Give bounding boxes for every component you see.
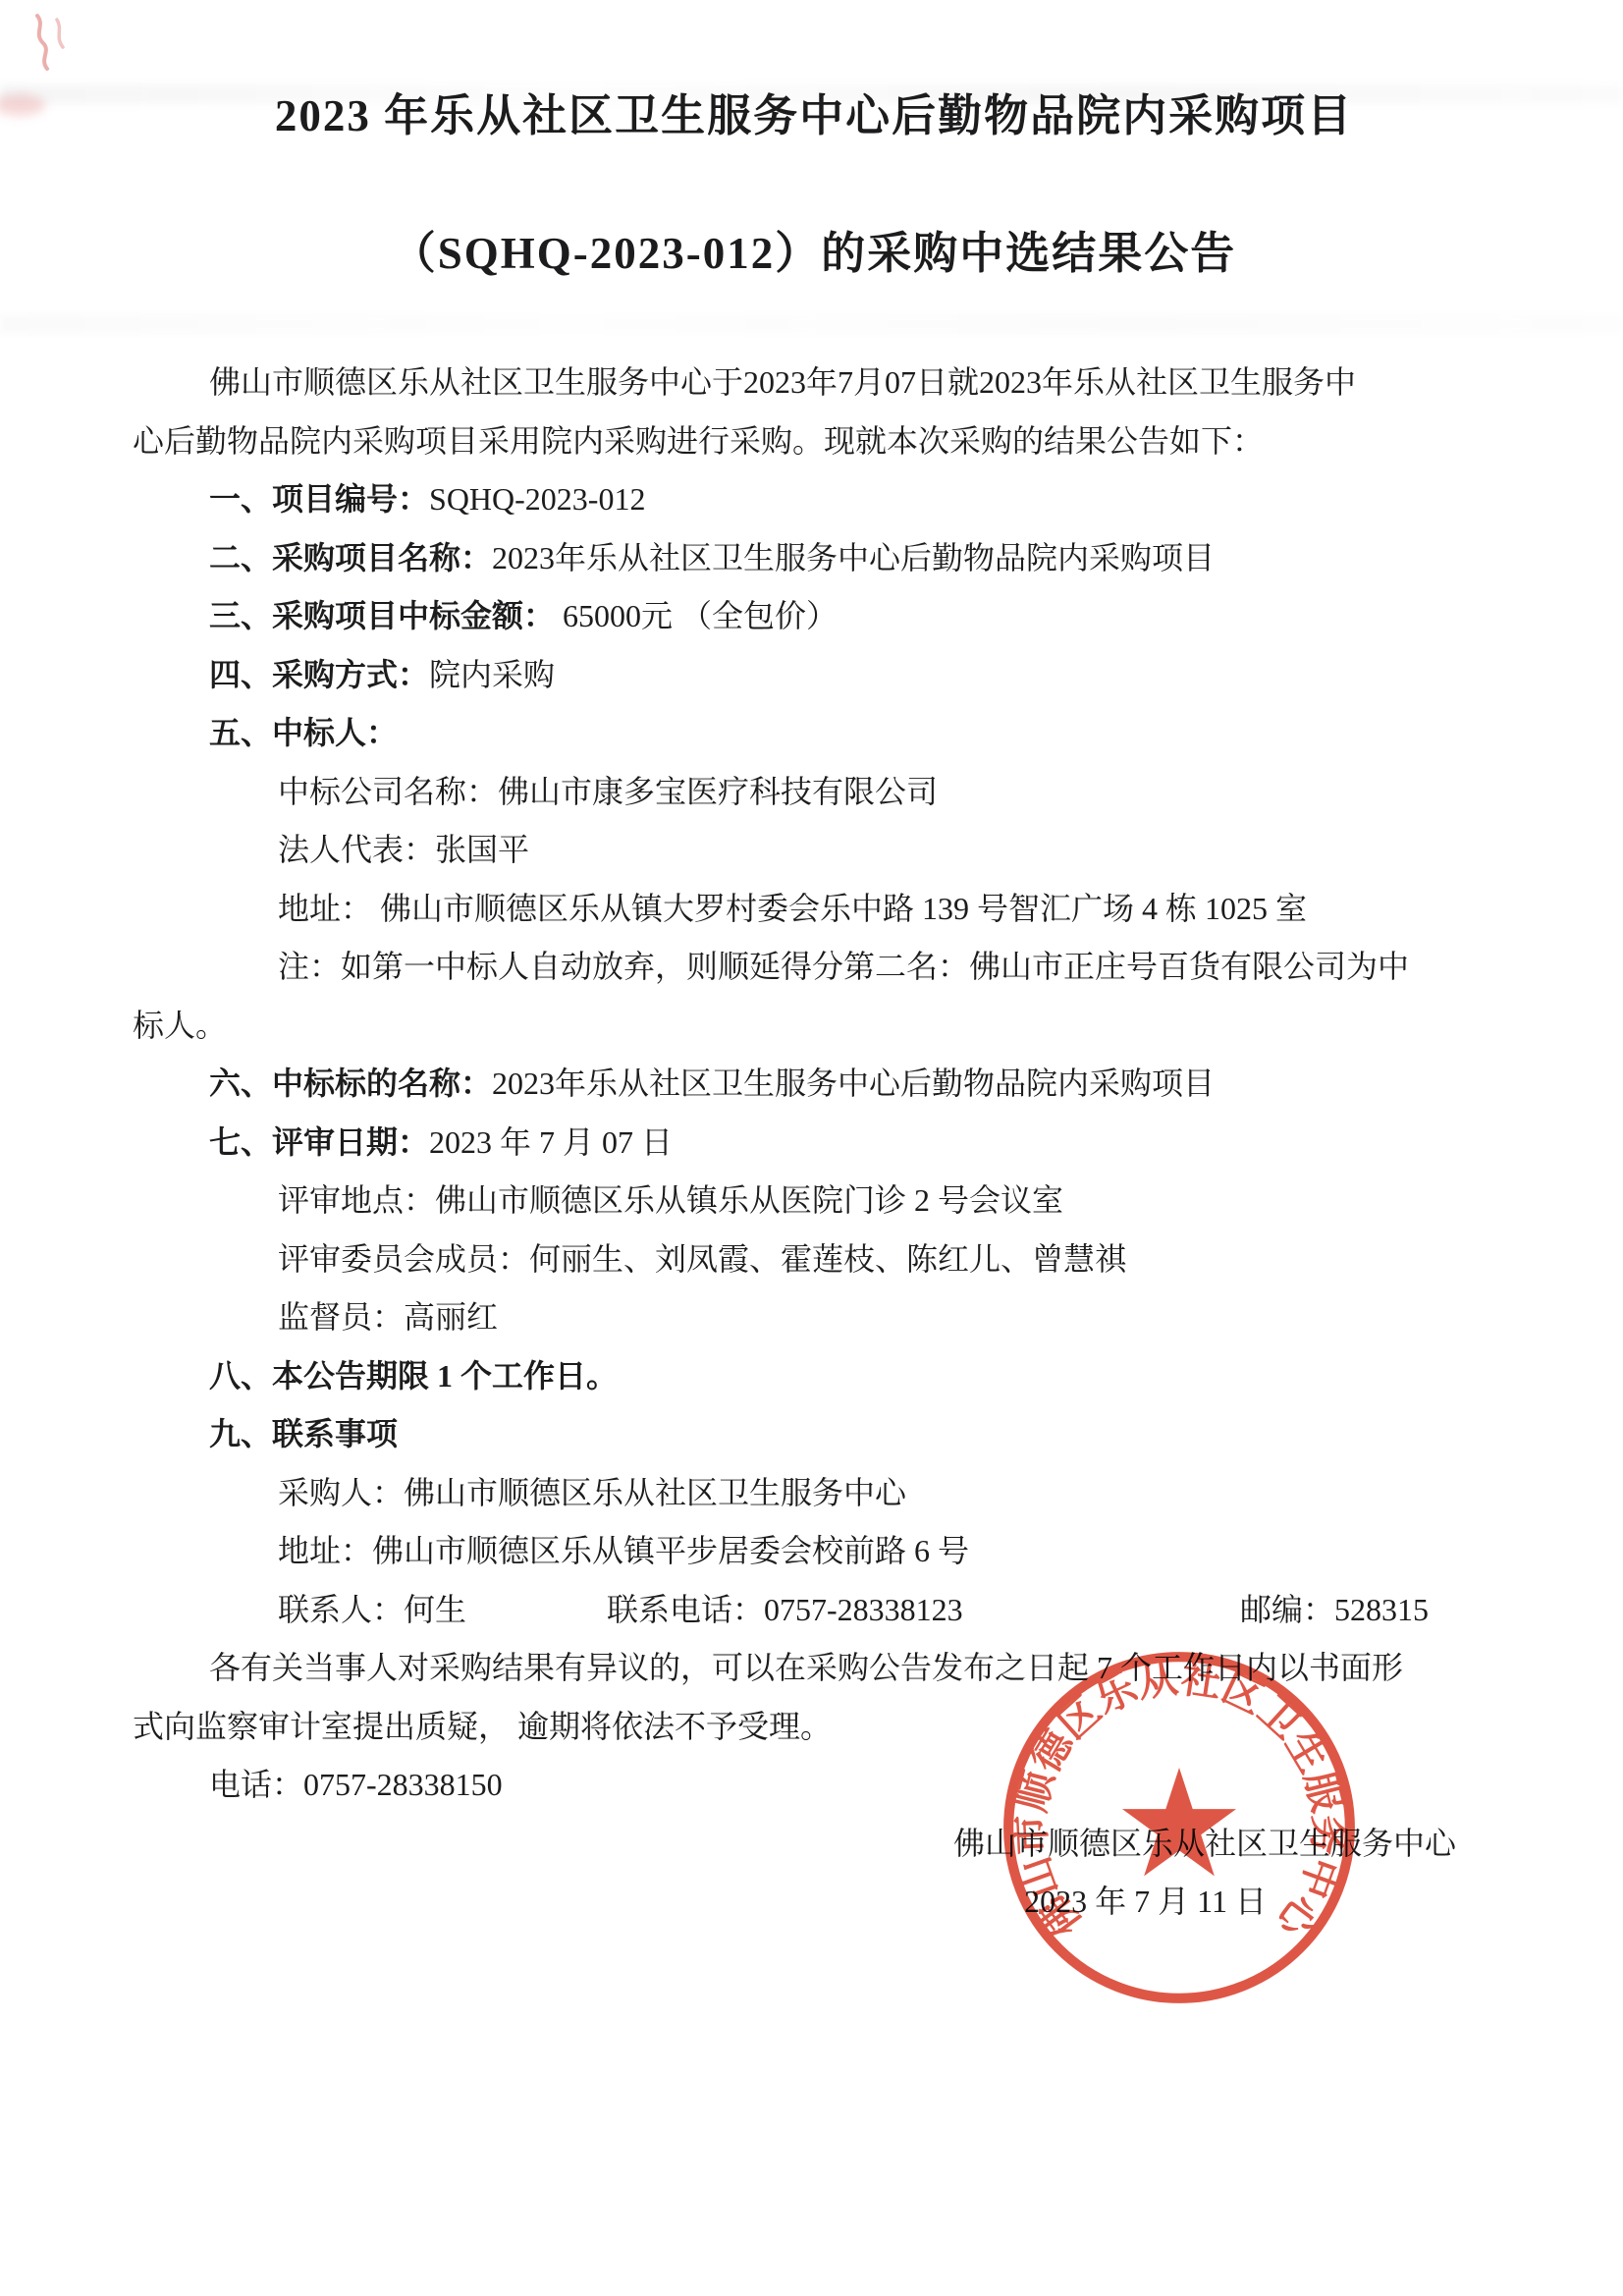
text-segment: 2023年乐从社区卫生服务中心后勤物品院内采购项目	[492, 1066, 1215, 1101]
text-segment: 三、采购项目中标金额：	[209, 598, 555, 633]
text-segment: 心后勤物品院内采购项目采用院内采购进行采购。现就本次采购的结果公告如下：	[133, 423, 1264, 459]
scan-smudge	[0, 94, 45, 116]
text-segment: 评审委员会成员：何丽生、刘凤霞、霍莲枝、陈红儿、曾慧祺	[278, 1241, 1126, 1277]
body-line: 注：如第一中标人自动放弃，则顺延得分第二名：佛山市正庄号百货有限公司为中	[133, 938, 1495, 997]
body-line: 一、项目编号：SQHQ-2023-012	[133, 470, 1495, 529]
text-segment: 评审地点：佛山市顺德区乐从镇乐从医院门诊 2 号会议室	[278, 1182, 1063, 1218]
text-segment: 七、评审日期：	[209, 1124, 429, 1160]
text-segment: 佛山市顺德区乐从社区卫生服务中心于2023年7月07日就2023年乐从社区卫生服…	[209, 364, 1356, 400]
body-line: 法人代表：张国平	[133, 821, 1495, 880]
body-line: 六、中标标的名称：2023年乐从社区卫生服务中心后勤物品院内采购项目	[133, 1055, 1495, 1114]
body-line: 地址：佛山市顺德区乐从镇平步居委会校前路 6 号	[133, 1522, 1495, 1581]
red-pen-mark	[24, 8, 82, 77]
text-segment: 地址： 佛山市顺德区乐从镇大罗村委会乐中路 139 号智汇广场 4 栋 1025…	[278, 891, 1307, 926]
body-line: 标人。	[133, 997, 1495, 1056]
body-line: 各有关当事人对采购结果有异议的，可以在采购公告发布之日起 7 个工作日内以书面形	[133, 1639, 1495, 1698]
text-segment: 采购人：佛山市顺德区乐从社区卫生服务中心	[278, 1475, 906, 1510]
text-segment: 地址：佛山市顺德区乐从镇平步居委会校前路 6 号	[278, 1533, 969, 1568]
text-segment: 佛山市顺德区乐从社区卫生服务中心	[953, 1826, 1456, 1861]
text-segment: 六、中标标的名称：	[209, 1066, 492, 1101]
body-line: 联系人：何生联系电话：0757-28338123邮编：528315	[133, 1581, 1495, 1640]
text-segment: 标人。	[133, 1008, 227, 1043]
body-line: 九、联系事项	[133, 1405, 1495, 1464]
body-line: 电话：0757-28338150	[133, 1756, 1495, 1815]
text-segment: 式向监察审计室提出质疑， 逾期将依法不予受理。	[133, 1709, 832, 1744]
document-title-line1: 2023 年乐从社区卫生服务中心后勤物品院内采购项目	[133, 86, 1495, 145]
document-content: 2023 年乐从社区卫生服务中心后勤物品院内采购项目 （SQHQ-2023-01…	[133, 0, 1495, 1932]
body-line: 式向监察审计室提出质疑， 逾期将依法不予受理。	[133, 1698, 1495, 1757]
text-segment: 四、采购方式：	[209, 657, 429, 692]
text-segment: 法人代表：张国平	[278, 832, 529, 867]
body-line: 五、中标人：	[133, 704, 1495, 763]
body-line: 监督员：高丽红	[133, 1288, 1495, 1347]
body-line: 2023 年 7 月 11 日	[133, 1873, 1495, 1932]
body-line: 佛山市顺德区乐从社区卫生服务中心于2023年7月07日就2023年乐从社区卫生服…	[133, 354, 1495, 412]
text-segment: 2023 年 7 月 11 日	[1024, 1884, 1267, 1919]
text-segment: 注：如第一中标人自动放弃，则顺延得分第二名：佛山市正庄号百货有限公司为中	[278, 949, 1409, 984]
text-segment: 联系电话：0757-28338123	[607, 1581, 1240, 1640]
body-line: 二、采购项目名称：2023年乐从社区卫生服务中心后勤物品院内采购项目	[133, 529, 1495, 588]
text-segment: 2023年乐从社区卫生服务中心后勤物品院内采购项目	[492, 540, 1215, 575]
text-segment: 各有关当事人对采购结果有异议的，可以在采购公告发布之日起 7 个工作日内以书面形	[209, 1650, 1403, 1685]
body-line: 采购人：佛山市顺德区乐从社区卫生服务中心	[133, 1464, 1495, 1523]
text-segment: 邮编：528315	[1240, 1581, 1495, 1640]
body-line: 七、评审日期：2023 年 7 月 07 日	[133, 1114, 1495, 1173]
body-line: 三、采购项目中标金额： 65000元 （全包价）	[133, 587, 1495, 646]
body-line: 佛山市顺德区乐从社区卫生服务中心	[133, 1815, 1495, 1874]
text-segment: 中标公司名称：佛山市康多宝医疗科技有限公司	[278, 774, 938, 809]
text-segment: 院内采购	[429, 657, 555, 692]
body-line: 心后勤物品院内采购项目采用院内采购进行采购。现就本次采购的结果公告如下：	[133, 412, 1495, 471]
text-segment: 五、中标人：	[209, 715, 398, 750]
text-segment: 二、采购项目名称：	[209, 540, 492, 575]
body-line: 评审委员会成员：何丽生、刘凤霞、霍莲枝、陈红儿、曾慧祺	[133, 1230, 1495, 1289]
document-body: 佛山市顺德区乐从社区卫生服务中心于2023年7月07日就2023年乐从社区卫生服…	[133, 354, 1495, 1932]
text-segment: 一、项目编号：	[209, 481, 429, 517]
body-line: 八、本公告期限 1 个工作日。	[133, 1347, 1495, 1406]
document-title-line2: （SQHQ-2023-012）的采购中选结果公告	[133, 224, 1495, 283]
body-line: 中标公司名称：佛山市康多宝医疗科技有限公司	[133, 763, 1495, 822]
body-line: 地址： 佛山市顺德区乐从镇大罗村委会乐中路 139 号智汇广场 4 栋 1025…	[133, 880, 1495, 939]
body-line: 评审地点：佛山市顺德区乐从镇乐从医院门诊 2 号会议室	[133, 1172, 1495, 1230]
text-segment: 电话：0757-28338150	[209, 1767, 503, 1802]
scanned-document-page: 2023 年乐从社区卫生服务中心后勤物品院内采购项目 （SQHQ-2023-01…	[0, 0, 1623, 2296]
text-segment: 2023 年 7 月 07 日	[429, 1124, 673, 1160]
text-segment: 联系人：何生	[278, 1581, 607, 1640]
text-segment: 65000元 （全包价）	[555, 598, 838, 633]
body-line: 四、采购方式：院内采购	[133, 646, 1495, 705]
text-segment: 监督员：高丽红	[278, 1299, 498, 1335]
text-segment: 九、联系事项	[209, 1416, 398, 1451]
text-segment: 八、本公告期限 1 个工作日。	[209, 1358, 618, 1394]
text-segment: SQHQ-2023-012	[429, 481, 645, 517]
